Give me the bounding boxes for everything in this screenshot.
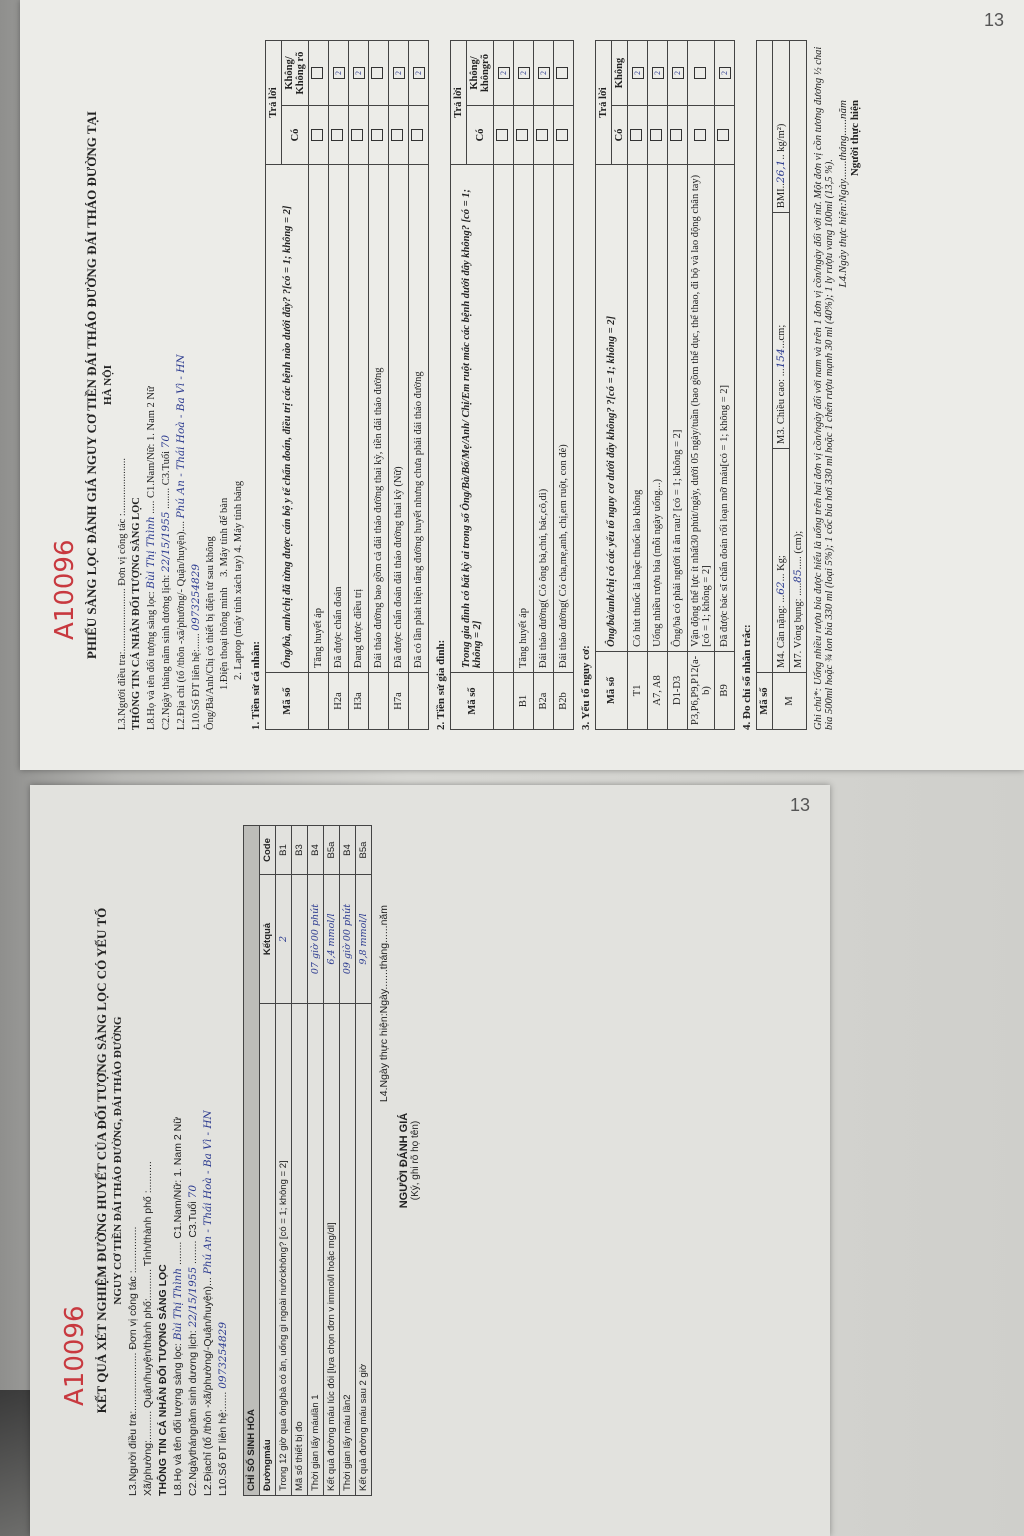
checkbox-no[interactable] [694, 67, 706, 79]
risk-factors-table: Mã số Ông/bà/anh/chị có các yếu tố nguy … [595, 40, 735, 730]
checkbox-no[interactable]: 2 [393, 67, 405, 79]
lab-results-sheet: 13 A10096 KẾT QUẢ XÉT NGHIỆM ĐƯỜNG HUYẾT… [30, 785, 830, 1536]
form-title: PHIẾU SÀNG LỌC ĐÁNH GIÁ NGUY CƠ TIỀN ĐÁI… [84, 40, 100, 730]
table-row: H2aĐã được chẩn đoán2 [329, 41, 349, 730]
risk-factors-heading: 3. Yếu tố nguy cơ: [580, 40, 592, 730]
address-field: L2.Địa chỉ (tổ /thôn -xã/phường/- Quận/h… [175, 40, 187, 730]
family-history-heading: 2. Tiền sử gia đình: [435, 40, 447, 730]
checkbox-yes[interactable] [331, 129, 343, 141]
device-options-1: 1.Điện thoại thông minh 3. Máy tính để b… [219, 40, 230, 730]
checkbox-yes[interactable] [556, 129, 568, 141]
checkbox-yes[interactable] [536, 129, 548, 141]
date-line: L4.Ngày thực hiện:Ngày.......tháng......… [837, 100, 849, 730]
signer-label: Người thực hiện [849, 100, 861, 730]
table-row: D1-D3Ông/bà có phải người ít ăn rau? [có… [668, 41, 688, 730]
table-row: Đái tháo đường bao gồm cả đái tháo đường… [369, 41, 389, 730]
anthropometry-table: Mã số M M4. Cân nặng: ...62... Kg; M3. C… [756, 40, 807, 730]
table-row: Thời gian lấy máu lần209 giờ 00 phútB4 [340, 826, 356, 1496]
checkbox-no[interactable]: 2 [353, 67, 365, 79]
location-line: Xã/phường:.......... Quận/huyện/thành ph… [142, 825, 154, 1496]
table-row: Tăng huyết áp [309, 41, 329, 730]
result-value[interactable]: 09 giờ 00 phút [340, 875, 356, 1004]
checkbox-no[interactable]: 2 [672, 67, 684, 79]
phone-field: L10.Số ĐT liên hệ:...... 0973254829 [217, 825, 229, 1496]
checkbox-no[interactable] [311, 67, 323, 79]
personal-history-heading: 1. Tiền sử cá nhân: [250, 40, 262, 730]
table-row: T1Có hút thuốc lá hoặc thuốc lào không2 [628, 41, 648, 730]
checkbox-no[interactable]: 2 [632, 67, 644, 79]
result-value[interactable]: 2 [276, 875, 292, 1004]
section-personal: THÔNG TIN CÁ NHÂN ĐỐI TƯỢNG SÀNG LỌC [131, 40, 142, 730]
record-code: A10096 [50, 40, 80, 640]
phone-field: L10.Số ĐT liên hệ:...... 0973254829 [190, 40, 202, 730]
family-history-table: Mã số Trong gia đình có bất kỳ ai trong … [450, 40, 574, 730]
table-row: Đã có lần phát hiện tăng đường huyết như… [409, 41, 429, 730]
table-row: 2 [494, 41, 514, 730]
signer-title: NGƯỜI ĐÁNH GIÁ [398, 825, 410, 1496]
table-row: Kết quả đường máu lúc đói [lựa chọn đơn … [324, 826, 340, 1496]
checkbox-yes[interactable] [311, 129, 323, 141]
checkbox-no[interactable]: 2 [719, 67, 731, 79]
investigator-line: L3.Người điều tra:......................… [117, 40, 128, 730]
checkbox-no[interactable]: 2 [333, 67, 345, 79]
checkbox-yes[interactable] [670, 129, 682, 141]
name-field: L8.Họ và tên đối tượng sàng lọc: Bùi Thị… [145, 40, 157, 730]
investigator-line: L3.Người điều tra:.................... Đ… [127, 825, 139, 1496]
table-row: H3aĐang được điều trị2 [349, 41, 369, 730]
dob-field: C2.Ngày tháng năm sinh dương lịch: 22/15… [160, 40, 172, 730]
device-options-2: 2. Laptop (máy tính xách tay) 4. Máy tín… [233, 40, 244, 730]
address-field: L2.Địachỉ (tổ /thôn -xã/phường/-Quận/huy… [202, 825, 214, 1496]
checkbox-yes[interactable] [630, 129, 642, 141]
record-code: A10096 [60, 825, 90, 1406]
checkbox-yes[interactable] [516, 129, 528, 141]
table-row: B9Đã được bác sĩ chẩn đoán rối loạn mỡ m… [715, 41, 735, 730]
table-row: B1Tăng huyết áp2 [514, 41, 534, 730]
section-personal: THÔNG TIN CÁ NHÂN ĐỐI TƯỢNG SÀNG LỌC [157, 825, 169, 1496]
table-row: B2aĐái tháo đường( Có ông bà,chú, bác,cô… [534, 41, 554, 730]
checkbox-no[interactable]: 2 [538, 67, 550, 79]
checkbox-yes[interactable] [496, 129, 508, 141]
table-row: Mã số thiết bị đoB3 [292, 826, 308, 1496]
checkbox-no[interactable]: 2 [498, 67, 510, 79]
result-value[interactable]: 6,4 mmol/l [324, 875, 340, 1004]
date-line: L4.Ngày thực hiện:Ngày.......tháng......… [378, 905, 390, 1496]
signer-subtitle: (Ký, ghi rõ họ tên) [410, 825, 421, 1496]
height-field: M3. Chiều cao: ...154...cm; [773, 213, 790, 449]
checkbox-yes[interactable] [371, 129, 383, 141]
form-title: KẾT QUẢ XÉT NGHIỆM ĐƯỜNG HUYẾT CỦA ĐỐI T… [94, 825, 110, 1496]
form-subtitle: NGUY CƠ TIỀN ĐÁI THÁO ĐƯỜNG, ĐÁI THÁO ĐƯ… [112, 825, 124, 1496]
table-row: Kết quả đường máu sau 2 giờ9,8 mmol/lB5a [356, 826, 372, 1496]
checkbox-yes[interactable] [411, 129, 423, 141]
name-field: L8.Họ và tên đối tượng sàng lọc: Bùi Thị… [172, 825, 184, 1496]
checkbox-no[interactable]: 2 [652, 67, 664, 79]
dob-field: C2.Ngàythángnăm sinh dương lịch: 22/15/1… [187, 825, 199, 1496]
waist-field: M7. Vòng bụng: .....85..... (cm); [790, 41, 807, 673]
checkbox-no[interactable] [556, 67, 568, 79]
result-value[interactable] [292, 875, 308, 1004]
biochemistry-table: CHỈ SỐ SINH HÓA Đườngmáu Kếtquả Code Tro… [243, 825, 372, 1496]
personal-history-table: Mã số Ông/bà, anh/chị đã từng được cán b… [265, 40, 429, 730]
table-row: P3,P6,P9,P12(a-b)Vận động thể lực ít nhấ… [688, 41, 715, 730]
checkbox-yes[interactable] [391, 129, 403, 141]
result-value[interactable]: 07 giờ 00 phút [308, 875, 324, 1004]
table-row: B2bĐái tháo đường( Có cha,mẹ,anh, chị,em… [554, 41, 574, 730]
screening-form-sheet: 13 A10096 PHIẾU SÀNG LỌC ĐÁNH GIÁ NGUY C… [20, 0, 1024, 770]
checkbox-no[interactable] [371, 67, 383, 79]
anthropometry-heading: 4. Đo chỉ số nhân trắc: [741, 40, 753, 730]
weight-field: M4. Cân nặng: ...62... Kg; [773, 448, 790, 672]
table-row: Trong 12 giờ qua ông/bà có ăn, uống gì n… [276, 826, 292, 1496]
table-row: A7, A8Uống nhiều rượu bia (mỗi ngày uống… [648, 41, 668, 730]
checkbox-no[interactable]: 2 [518, 67, 530, 79]
bmi-field: BMI..26,1.. kg/m²) [773, 41, 790, 213]
checkbox-yes[interactable] [650, 129, 662, 141]
checkbox-yes[interactable] [717, 129, 729, 141]
device-question: Ông/Bà/Anh/Chị có thiết bị điện tử sau k… [205, 40, 216, 730]
table-row: H7aĐã được chẩn đoán đái tháo đường thai… [389, 41, 409, 730]
checkbox-no[interactable]: 2 [413, 67, 425, 79]
checkbox-yes[interactable] [694, 129, 706, 141]
table-row: Thời gian lấy máulần 107 giờ 00 phútB4 [308, 826, 324, 1496]
footnote: Ghi chú*: Uống nhiều rượu bia được hiểu … [813, 40, 835, 730]
checkbox-yes[interactable] [351, 129, 363, 141]
result-value[interactable]: 9,8 mmol/l [356, 875, 372, 1004]
form-subtitle: HÀ NỘI [102, 40, 114, 730]
